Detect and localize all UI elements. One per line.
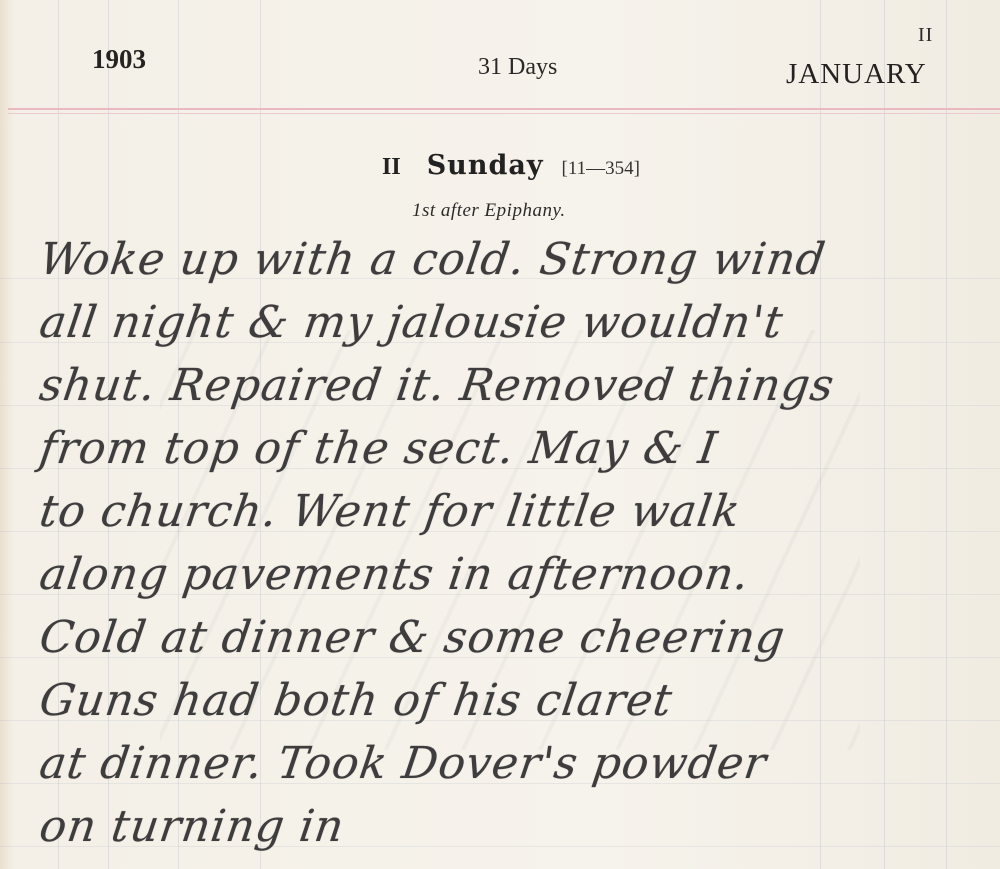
day-number: II (382, 154, 401, 180)
red-header-rule (8, 108, 1000, 110)
handwriting-line: Cold at dinner & some cheering (36, 606, 995, 669)
handwritten-entry: Woke up with a cold. Strong wind all nig… (40, 228, 990, 858)
handwriting-line: at dinner. Took Dover's powder (36, 732, 995, 795)
day-heading: II Sunday [11—354] (382, 150, 640, 181)
day-count: [11—354] (562, 158, 640, 179)
handwriting-line: to church. Went for little walk (36, 480, 995, 543)
red-header-rule-secondary (8, 113, 1000, 114)
handwriting-line: on turning in (36, 795, 995, 858)
handwriting-line: Woke up with a cold. Strong wind (36, 228, 995, 291)
handwriting-line: Guns had both of his claret (36, 669, 995, 732)
handwriting-line: from top of the sect. May & I (36, 417, 995, 480)
days-in-month-label: 31 Days (478, 54, 557, 81)
day-name: Sunday (427, 150, 544, 181)
month-label: JANUARY (786, 58, 927, 91)
handwriting-line: shut. Repaired it. Removed things (36, 354, 995, 417)
handwriting-line: all night & my jalousie wouldn't (36, 291, 995, 354)
diary-page: 1903 31 Days II JANUARY II Sunday [11—35… (0, 0, 1000, 869)
feast-day-label: 1st after Epiphany. (412, 200, 566, 222)
week-number: II (918, 24, 933, 47)
handwriting-line: along pavements in afternoon. (36, 543, 995, 606)
year-label: 1903 (92, 44, 146, 75)
